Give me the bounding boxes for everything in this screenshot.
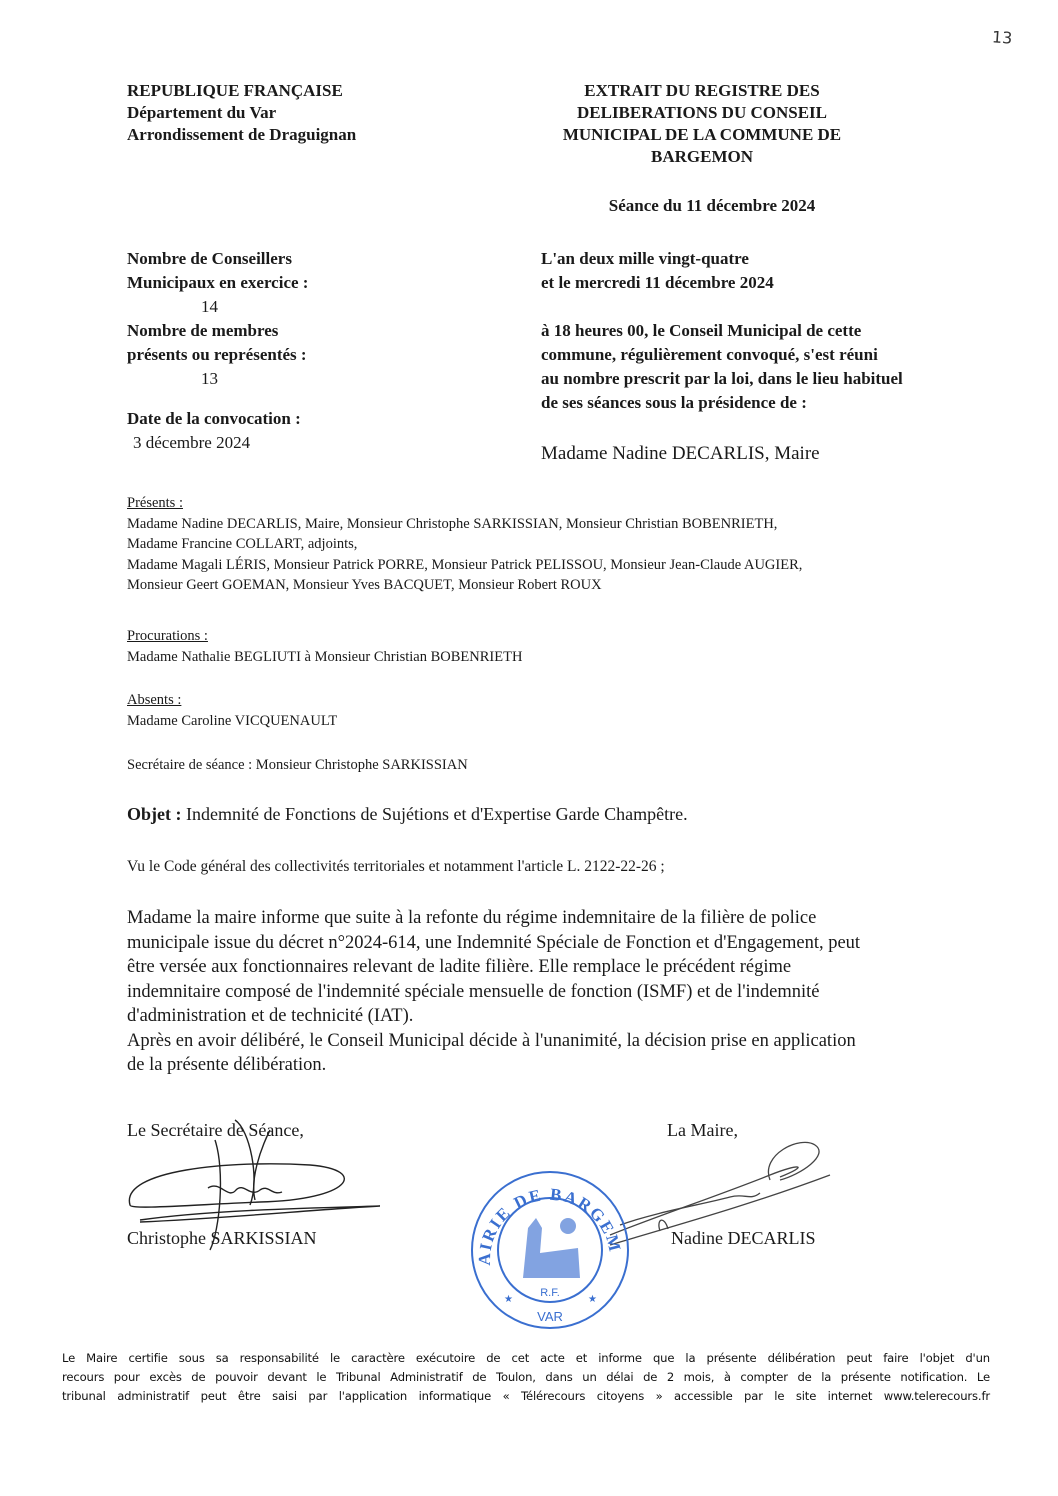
presents-line: Monsieur Geert GOEMAN, Monsieur Yves BAC… <box>127 575 802 596</box>
stamp-bottom-text: VAR <box>537 1309 563 1324</box>
maire-signature-icon <box>600 1135 840 1255</box>
convocation-value: 3 décembre 2024 <box>127 431 308 455</box>
council-info: Nombre de Conseillers Municipaux en exer… <box>127 247 308 455</box>
convocation-label: Date de la convocation : <box>127 407 308 431</box>
header-right: EXTRAIT DU REGISTRE DES DELIBERATIONS DU… <box>522 80 882 168</box>
deliberation-body: Madame la maire informe que suite à la r… <box>127 906 977 1078</box>
footer-line: recours pour excès de pouvoir devant le … <box>62 1368 990 1387</box>
mairie-stamp-icon: MAIRIE DE BARGEMON R.F. ★ ★ VAR <box>468 1168 632 1332</box>
legal-footer: Le Maire certifie sous sa responsabilité… <box>62 1349 990 1406</box>
secretaire-seance: Secrétaire de séance : Monsieur Christop… <box>127 755 468 776</box>
objet: Objet : Indemnité de Fonctions de Sujéti… <box>127 804 688 825</box>
body-line: d'administration et de technicité (IAT). <box>127 1004 977 1029</box>
footer-line: Le Maire certifie sous sa responsabilité… <box>62 1349 990 1368</box>
header-extrait-line2: DELIBERATIONS DU CONSEIL <box>522 102 882 124</box>
membres-label: Nombre de membres <box>127 319 308 343</box>
header-left: REPUBLIQUE FRANÇAISE Département du Var … <box>127 80 356 146</box>
session-line6: de ses séances sous la présidence de : <box>541 391 903 415</box>
body-line: Après en avoir délibéré, le Conseil Muni… <box>127 1029 977 1054</box>
svg-text:★: ★ <box>504 1294 513 1305</box>
header-departement: Département du Var <box>127 102 356 124</box>
header-arrondissement: Arrondissement de Draguignan <box>127 124 356 146</box>
body-line: municipale issue du décret n°2024-614, u… <box>127 931 977 956</box>
conseillers-label-2: Municipaux en exercice : <box>127 271 308 295</box>
svg-text:★: ★ <box>588 1294 597 1305</box>
body-line: indemnitaire composé de l'indemnité spéc… <box>127 980 977 1005</box>
session-line3: à 18 heures 00, le Conseil Municipal de … <box>541 319 903 343</box>
conseillers-value: 14 <box>127 295 308 319</box>
session-line4: commune, régulièrement convoqué, s'est r… <box>541 343 903 367</box>
session-line1: L'an deux mille vingt-quatre <box>541 247 903 271</box>
objet-label: Objet : <box>127 804 181 824</box>
absents-label: Absents : <box>127 690 337 711</box>
objet-text: Indemnité de Fonctions de Sujétions et d… <box>181 804 687 824</box>
secretaire-signature-icon <box>110 1110 410 1260</box>
absents-line: Madame Caroline VICQUENAULT <box>127 711 337 732</box>
vu-code: Vu le Code général des collectivités ter… <box>127 858 665 876</box>
header-extrait-line3: MUNICIPAL DE LA COMMUNE DE <box>522 124 882 146</box>
session-line2: et le mercredi 11 décembre 2024 <box>541 271 903 295</box>
seance-date: Séance du 11 décembre 2024 <box>522 196 902 216</box>
body-line: de la présente délibération. <box>127 1053 977 1078</box>
presents-label: Présents : <box>127 493 802 514</box>
absents-section: Absents : Madame Caroline VICQUENAULT <box>127 690 337 731</box>
procurations-section: Procurations : Madame Nathalie BEGLIUTI … <box>127 626 522 667</box>
header-republique: REPUBLIQUE FRANÇAISE <box>127 80 356 102</box>
president-name: Madame Nadine DECARLIS, Maire <box>541 443 820 465</box>
body-line: être versée aux fonctionnaires relevant … <box>127 955 977 980</box>
stamp-center-text: R.F. <box>540 1287 560 1299</box>
header-extrait-line1: EXTRAIT DU REGISTRE DES <box>522 80 882 102</box>
procurations-line: Madame Nathalie BEGLIUTI à Monsieur Chri… <box>127 647 522 668</box>
session-info: L'an deux mille vingt-quatre et le mercr… <box>541 247 903 415</box>
membres-value: 13 <box>127 367 308 391</box>
membres-label-2: présents ou représentés : <box>127 343 308 367</box>
procurations-label: Procurations : <box>127 626 522 647</box>
body-line: Madame la maire informe que suite à la r… <box>127 906 977 931</box>
conseillers-label: Nombre de Conseillers <box>127 247 308 271</box>
presents-line: Madame Magali LÉRIS, Monsieur Patrick PO… <box>127 555 802 576</box>
session-line5: au nombre prescrit par la loi, dans le l… <box>541 367 903 391</box>
presents-line: Madame Francine COLLART, adjoints, <box>127 534 802 555</box>
header-extrait-line4: BARGEMON <box>522 146 882 168</box>
presents-section: Présents : Madame Nadine DECARLIS, Maire… <box>127 493 802 596</box>
footer-line: tribunal administratif peut être saisi p… <box>62 1387 990 1406</box>
page-number: 13 <box>991 27 1013 47</box>
presents-line: Madame Nadine DECARLIS, Maire, Monsieur … <box>127 514 802 535</box>
